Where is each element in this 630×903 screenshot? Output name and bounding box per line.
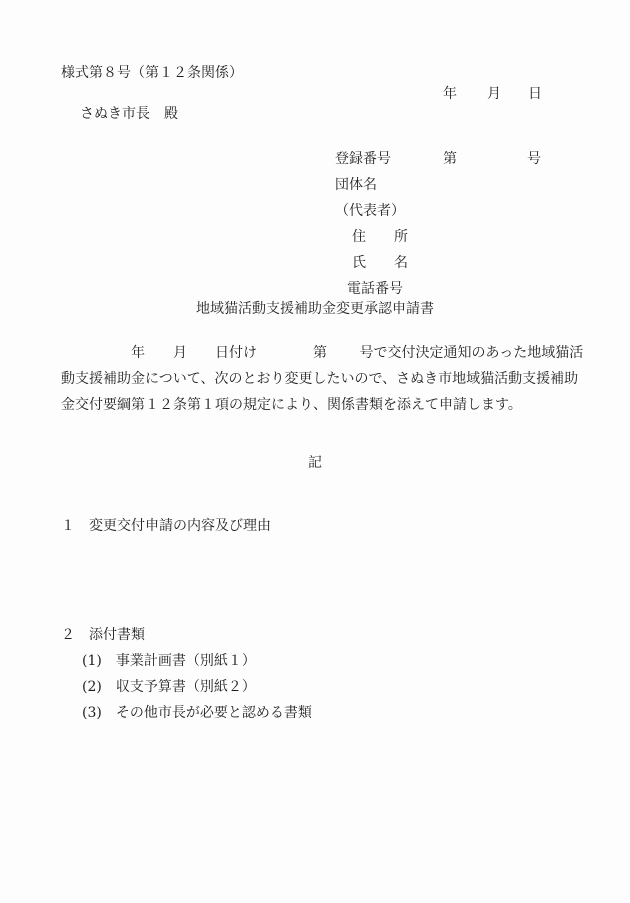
date-month-label: 月 [487, 87, 501, 102]
body-paragraph-line-2: 動支援補助金について、次のとおり変更したいので、さぬき市地域猫活動支援補助 [61, 372, 578, 387]
application-form-page: 様式第８号（第１２条関係） 年 月 日 さぬき市長 殿 登録番号 第 号 団体名… [0, 0, 630, 903]
organization-name-label: 団体名 [335, 178, 377, 193]
date-day-label: 日 [528, 87, 542, 102]
body-paragraph-line-1: 年 月 日付け 第 号で交付決定通知のあった地域猫活 [61, 346, 583, 361]
phone-label: 電話番号 [347, 282, 403, 297]
attachment-item-3: (3) その他市長が必要と認める書類 [82, 706, 312, 721]
attachment-item-1: (1) 事業計画書（別紙１） [82, 654, 256, 669]
name-label: 氏 名 [352, 256, 408, 271]
registration-number-dai: 第 [443, 152, 457, 167]
form-number: 様式第８号（第１２条関係） [61, 66, 243, 81]
section2-heading: ２ 添付書類 [61, 628, 145, 643]
ki-marker: 記 [0, 456, 630, 471]
registration-number-go: 号 [527, 152, 541, 167]
document-title: 地域猫活動支援補助金変更承認申請書 [0, 302, 630, 317]
section1-heading: １ 変更交付申請の内容及び理由 [61, 519, 271, 534]
registration-number-label: 登録番号 [335, 152, 391, 167]
addressee: さぬき市長 殿 [80, 107, 178, 122]
date-year-label: 年 [443, 87, 457, 102]
address-label: 住 所 [352, 230, 408, 245]
attachment-item-2: (2) 収支予算書（別紙２） [82, 680, 256, 695]
body-paragraph-line-3: 金交付要綱第１２条第１項の規定により、関係書類を添えて申請します。 [61, 398, 522, 413]
representative-label: （代表者） [335, 204, 405, 219]
